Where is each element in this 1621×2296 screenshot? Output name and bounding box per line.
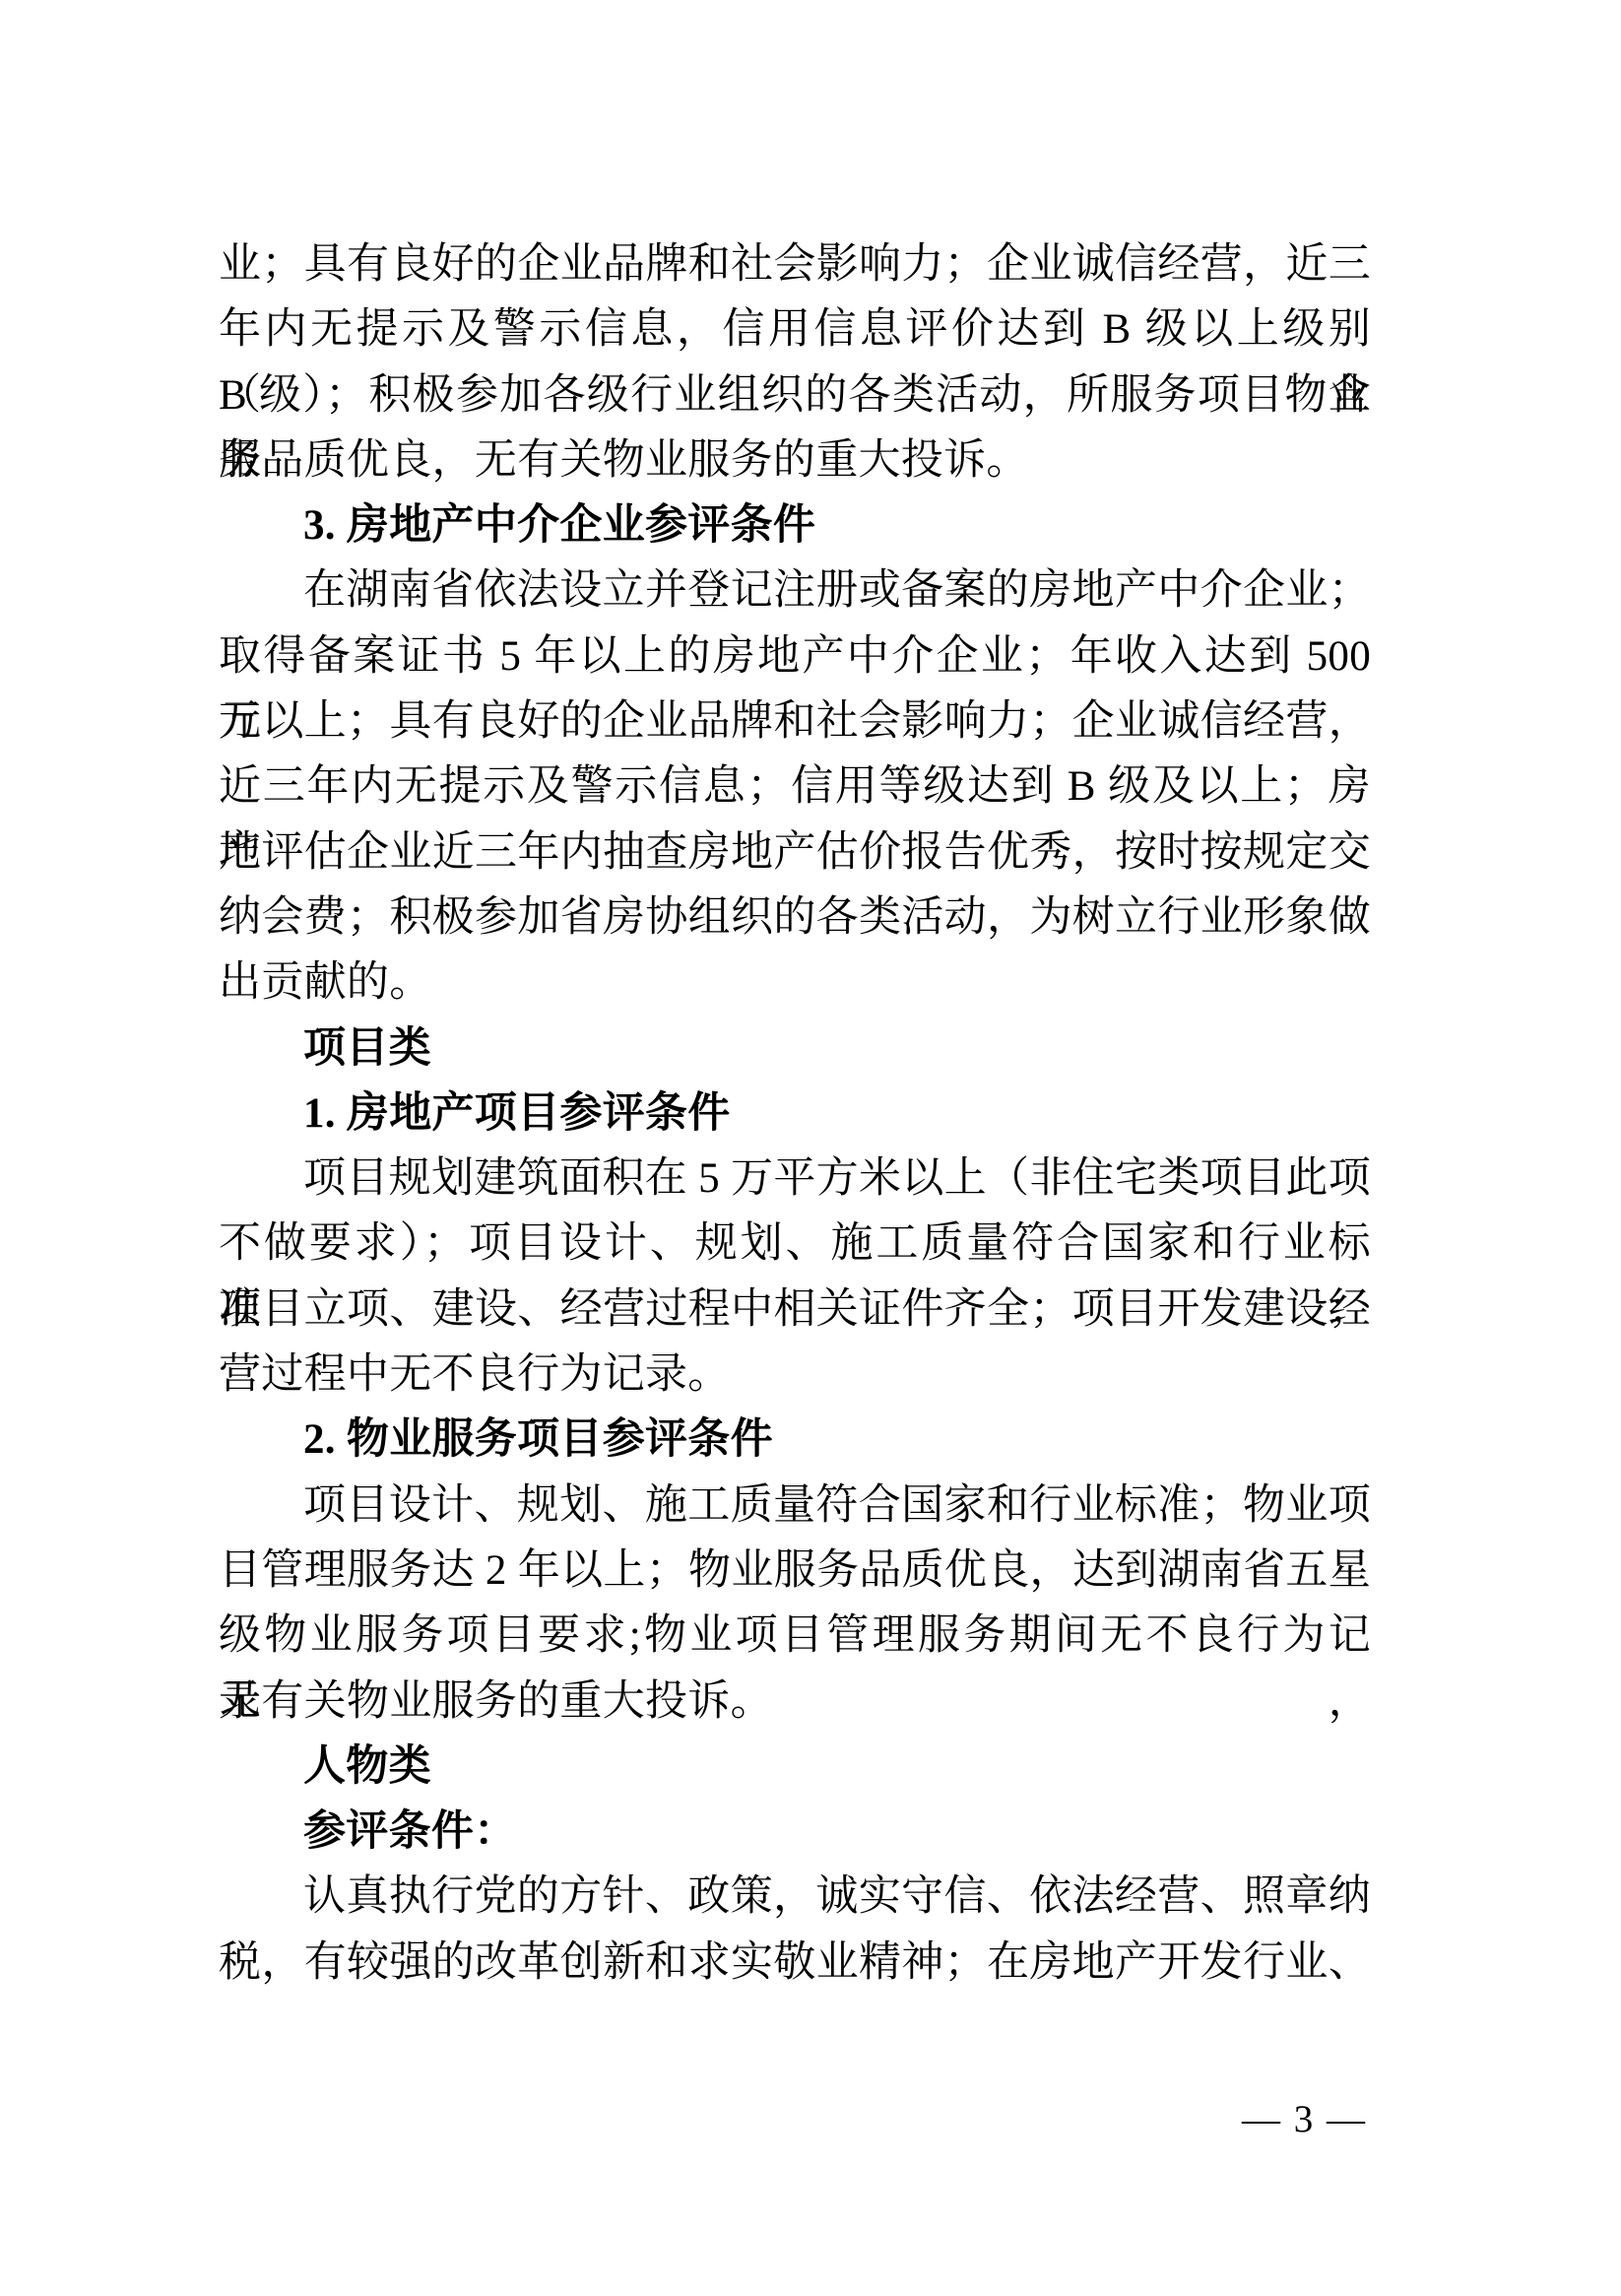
page-number: — 3 — <box>1242 2098 1367 2140</box>
text-line: 业；具有良好的企业品牌和社会影响力；企业诚信经营，近三 <box>219 232 1371 297</box>
text-line: 目管理服务达 2 年以上；物业服务品质优良，达到湖南省五星 <box>219 1539 1371 1604</box>
heading-line: 项目类 <box>219 1017 1371 1082</box>
heading-line: 2. 物业服务项目参评条件 <box>219 1408 1371 1473</box>
text-line: 税，有较强的改革创新和求实敬业精神；在房地产开发行业、 <box>219 1931 1371 1996</box>
text-line: 级物业服务项目要求;物业项目管理服务期间无不良行为记录， <box>219 1604 1371 1669</box>
text-line: 元以上；具有良好的企业品牌和社会影响力；企业诚信经营， <box>219 689 1371 754</box>
heading-line: 人物类 <box>219 1735 1371 1800</box>
heading-line: 3. 房地产中介企业参评条件 <box>219 493 1371 558</box>
text-line: 项目设计、规划、施工质量符合国家和行业标准；物业项 <box>219 1474 1371 1539</box>
text-line: 年内无提示及警示信息，信用信息评价达到 B 级以上级别（含 <box>219 297 1371 362</box>
document-body: 业；具有良好的企业品牌和社会影响力；企业诚信经营，近三 年内无提示及警示信息，信… <box>219 232 1371 1996</box>
text-line: 不做要求）；项目设计、规划、施工质量符合国家和行业标准； <box>219 1212 1371 1277</box>
text-line: B 级）；积极参加各级行业组织的各类活动，所服务项目物业服 <box>219 363 1371 428</box>
document-page: 业；具有良好的企业品牌和社会影响力；企业诚信经营，近三 年内无提示及警示信息，信… <box>0 0 1621 2296</box>
text-line: 认真执行党的方针、政策，诚实守信、依法经营、照章纳 <box>219 1865 1371 1930</box>
text-line: 务品质优良，无有关物业服务的重大投诉。 <box>219 428 1371 493</box>
text-line: 项目立项、建设、经营过程中相关证件齐全；项目开发建设经 <box>219 1278 1371 1343</box>
text-line: 产评估企业近三年内抽查房地产估价报告优秀，按时按规定交 <box>219 820 1371 886</box>
text-line: 项目规划建筑面积在 5 万平方米以上（非住宅类项目此项 <box>219 1147 1371 1212</box>
text-line: 出贡献的。 <box>219 951 1371 1016</box>
text-line: 取得备案证书 5 年以上的房地产中介企业；年收入达到 500 万 <box>219 624 1371 689</box>
heading-line: 参评条件： <box>219 1800 1371 1865</box>
text-line: 纳会费；积极参加省房协组织的各类活动，为树立行业形象做 <box>219 886 1371 951</box>
heading-line: 1. 房地产项目参评条件 <box>219 1082 1371 1147</box>
text-line: 近三年内无提示及警示信息；信用等级达到 B 级及以上；房地 <box>219 754 1371 820</box>
text-line: 在湖南省依法设立并登记注册或备案的房地产中介企业； <box>219 558 1371 623</box>
page-footer: — 3 — <box>1242 2096 1367 2143</box>
text-line: 营过程中无不良行为记录。 <box>219 1343 1371 1408</box>
